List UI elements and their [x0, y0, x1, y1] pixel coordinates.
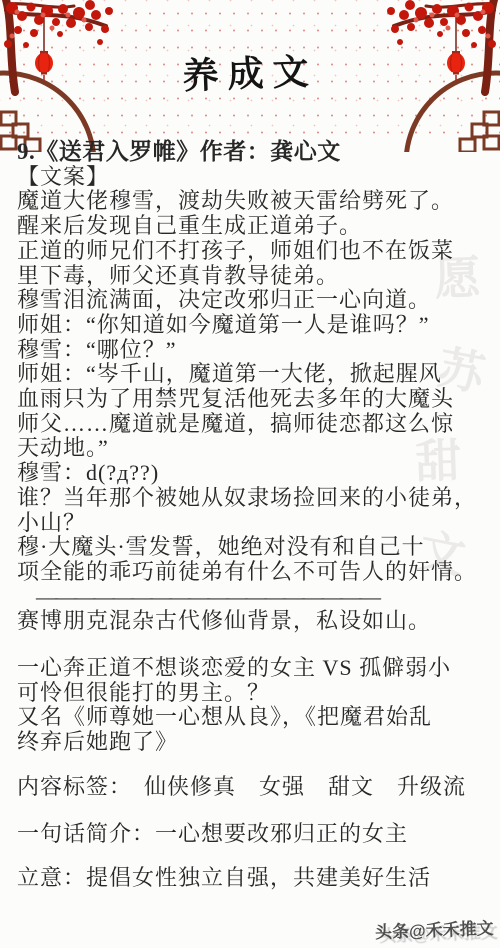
text-line: 里下毒，师父还真肯教导徒弟。: [17, 264, 483, 289]
text-line: 魔道大佬穆雪，渡劫失败被天雷给劈死了。: [17, 189, 483, 214]
text-line: 又名《师尊她一心想从良》，《把魔君始乱: [17, 705, 483, 730]
text-line: 师姐：“你知道如今魔道第一人是谁吗？”: [17, 313, 483, 338]
text-line: 谁？当年那个被她从奴隶场捡回来的小徒弟，: [17, 486, 483, 511]
divider-line: ——————————————————: [17, 585, 483, 610]
text-line: 师姐：“岑千山，魔道第一大佬，掀起腥风: [17, 362, 483, 387]
text-line: 穆雪：“哪位？”: [17, 338, 483, 363]
one-line-intro: 一句话简介：一心想要改邪归正的女主: [17, 822, 483, 847]
section-label: 【文案】: [17, 165, 483, 190]
text-line: 一心奔正道不想谈恋爱的女主 VS 孤僻弱小: [17, 656, 483, 681]
text-line: 终弃后她跑了》: [17, 730, 483, 755]
text-line: 师父……魔道就是魔道，搞师徒恋都这么惊: [17, 412, 483, 437]
text-line: 醒来后发现自己重生成正道弟子。: [17, 214, 483, 239]
text-line: 小山？: [17, 511, 483, 536]
post-body: 9.《送君入罗帷》作者：龚心文 【文案】 魔道大佬穆雪，渡劫失败被天雷给劈死了。…: [17, 140, 483, 891]
text-line: 正道的师兄们不打孩子，师姐们也不在饭菜: [17, 239, 483, 264]
theme-line: 立意：提倡女性独立自强，共建美好生活: [17, 866, 483, 891]
tags-line: 内容标签： 仙侠修真 女强 甜文 升级流: [17, 775, 483, 800]
text-line: 穆雪：d(?д??): [17, 461, 483, 486]
header-decorative-band: 养成文: [0, 0, 500, 148]
text-line: 穆雪泪流满面，决定改邪归正一心向道。: [17, 288, 483, 313]
book-heading: 9.《送君入罗帷》作者：龚心文: [17, 140, 483, 165]
brand-watermark: 头条@禾禾推文: [375, 914, 494, 943]
text-line: 天动地。”: [17, 436, 483, 461]
text-line: 穆·大魔头·雪发誓，她绝对没有和自己十: [17, 535, 483, 560]
synopsis-block: 魔道大佬穆雪，渡劫失败被天雷给劈死了。醒来后发现自己重生成正道弟子。正道的师兄们…: [17, 189, 483, 584]
promo-image-page: { "page": { "title": "养成文", "colors": { …: [0, 0, 500, 948]
text-line: 项全能的乖巧前徒弟有什么不可告人的奸情。: [17, 560, 483, 585]
text-line: 血雨只为了用禁咒复活他死去多年的大魔头: [17, 387, 483, 412]
pairing-block: 一心奔正道不想谈恋爱的女主 VS 孤僻弱小可怜但很能打的男主。？又名《师尊她一心…: [17, 656, 483, 755]
setting-note: 赛博朋克混杂古代修仙背景，私设如山。: [17, 609, 483, 634]
text-line: 可怜但很能打的男主。？: [17, 681, 483, 706]
